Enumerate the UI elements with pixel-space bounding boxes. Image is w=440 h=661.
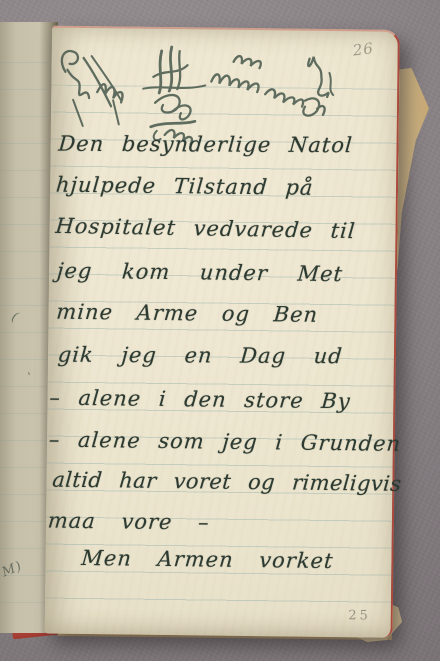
handwriting-line: – alene i den store By (48, 386, 351, 414)
under-page-corner (394, 68, 429, 270)
handwriting-line: gik jeg en Dag ud (57, 343, 344, 368)
notebook-photo: ( ' M) (0, 0, 440, 661)
verso-rule-lines (0, 62, 48, 612)
page-number-printed: 25 (348, 608, 371, 623)
handwriting-line: Men Armen vorket (81, 546, 335, 573)
handwriting-line: hjulpede Tilstand på (55, 173, 314, 200)
handwriting-line: maa vore – (47, 509, 211, 535)
handwriting-line: Den besynderlige Natol (58, 132, 354, 158)
handwriting-line: jeg kom under Met (56, 259, 344, 286)
handwriting-line: altid har voret og rimeligvis (51, 468, 402, 496)
handwriting-line: mine Arme og Ben (56, 300, 320, 327)
handwriting-line: – alene som jeg i Grunden (48, 428, 402, 456)
page-number-pencil: 26 (352, 39, 375, 60)
notebook-page: Den besynderlige Natol hjulpede Tilstand… (45, 26, 400, 638)
